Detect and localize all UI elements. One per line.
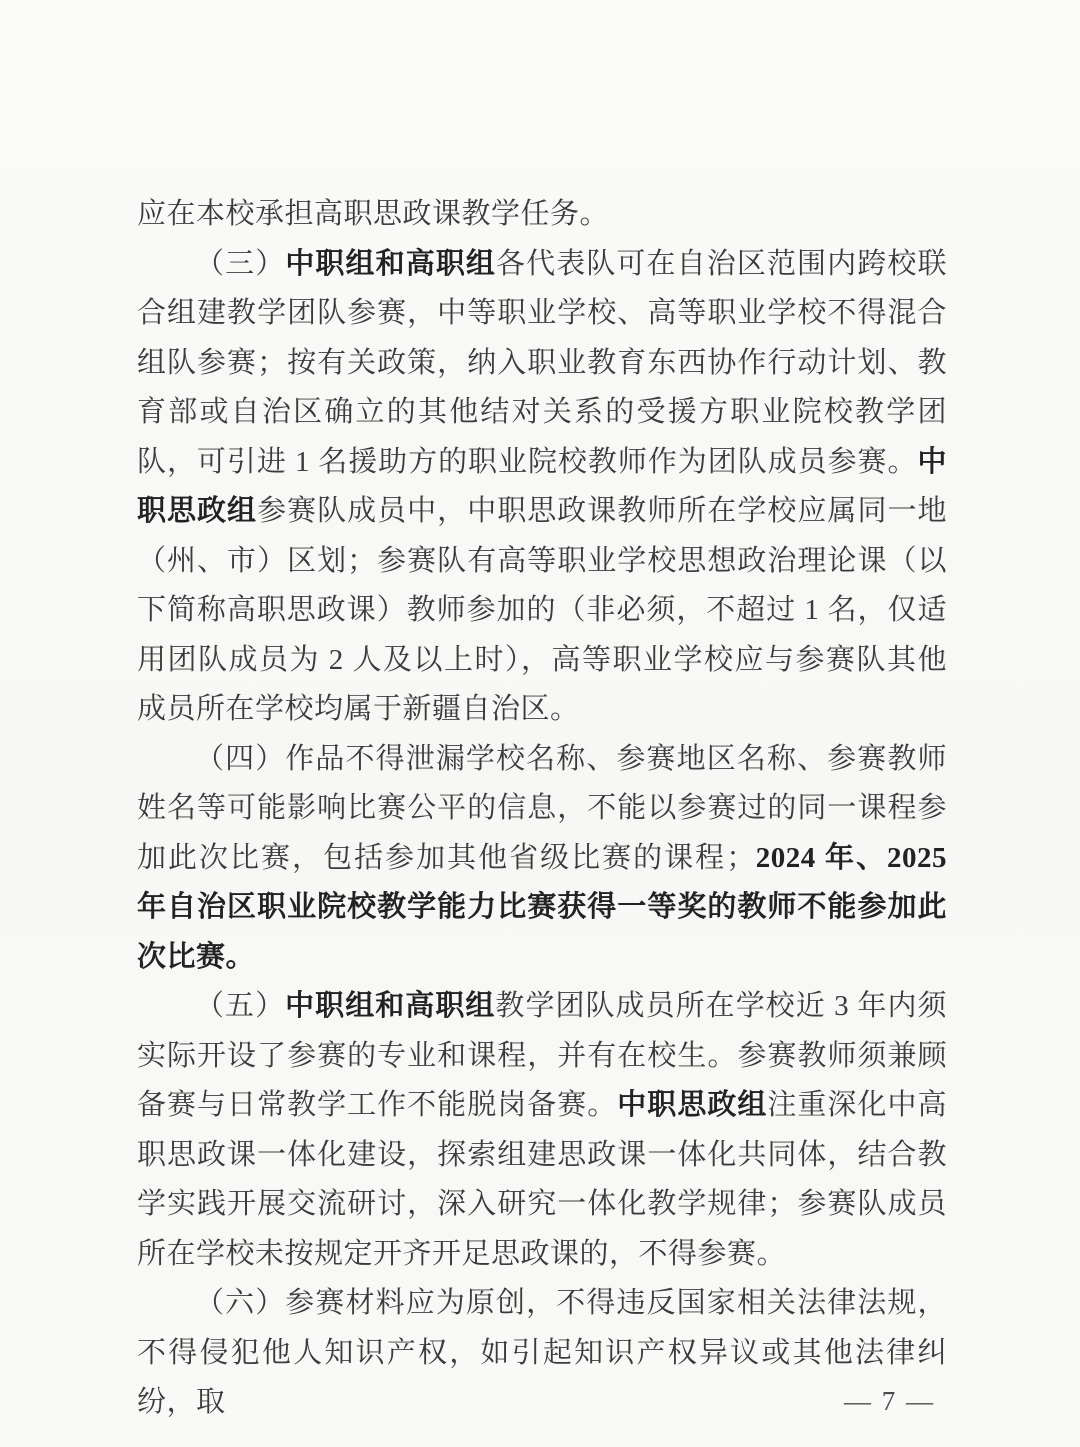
text-run: （六）参赛材料应为原创，不得违反国家相关法律法规，不得侵犯他人知识产权，如引起知… bbox=[137, 1287, 947, 1418]
document-page: 应在本校承担高职思政课教学任务。（三）中职组和高职组各代表队可在自治区范围内跨校… bbox=[0, 0, 1080, 1447]
text-run: 参赛队成员中，中职思政课教师所在学校应属同一地（州、市）区划；参赛队有高等职业学… bbox=[137, 495, 947, 725]
paragraph: 应在本校承担高职思政课教学任务。 bbox=[137, 190, 947, 240]
paragraph: （三）中职组和高职组各代表队可在自治区范围内跨校联合组建教学团队参赛，中等职业学… bbox=[137, 240, 947, 735]
text-run: 各代表队可在自治区范围内跨校联合组建教学团队参赛，中等职业学校、高等职业学校不得… bbox=[137, 248, 947, 478]
page-number-text: — 7 — bbox=[844, 1386, 935, 1416]
bold-text-run: 中职思政组 bbox=[617, 1089, 767, 1121]
text-run: （五） bbox=[195, 990, 285, 1022]
page-number: — 7 — bbox=[844, 1386, 935, 1417]
bold-text-run: 中职组和高职组 bbox=[285, 248, 496, 280]
text-run: （三） bbox=[195, 248, 285, 280]
bold-text-run: 中职组和高职组 bbox=[285, 990, 495, 1022]
paragraph: （四）作品不得泄漏学校名称、参赛地区名称、参赛教师姓名等可能影响比赛公平的信息，… bbox=[137, 735, 947, 983]
paragraph: （六）参赛材料应为原创，不得违反国家相关法律法规，不得侵犯他人知识产权，如引起知… bbox=[137, 1279, 947, 1428]
document-body: 应在本校承担高职思政课教学任务。（三）中职组和高职组各代表队可在自治区范围内跨校… bbox=[137, 190, 947, 1428]
paragraph: （五）中职组和高职组教学团队成员所在学校近 3 年内须实际开设了参赛的专业和课程… bbox=[137, 982, 947, 1279]
text-run: 应在本校承担高职思政课教学任务。 bbox=[137, 198, 609, 230]
